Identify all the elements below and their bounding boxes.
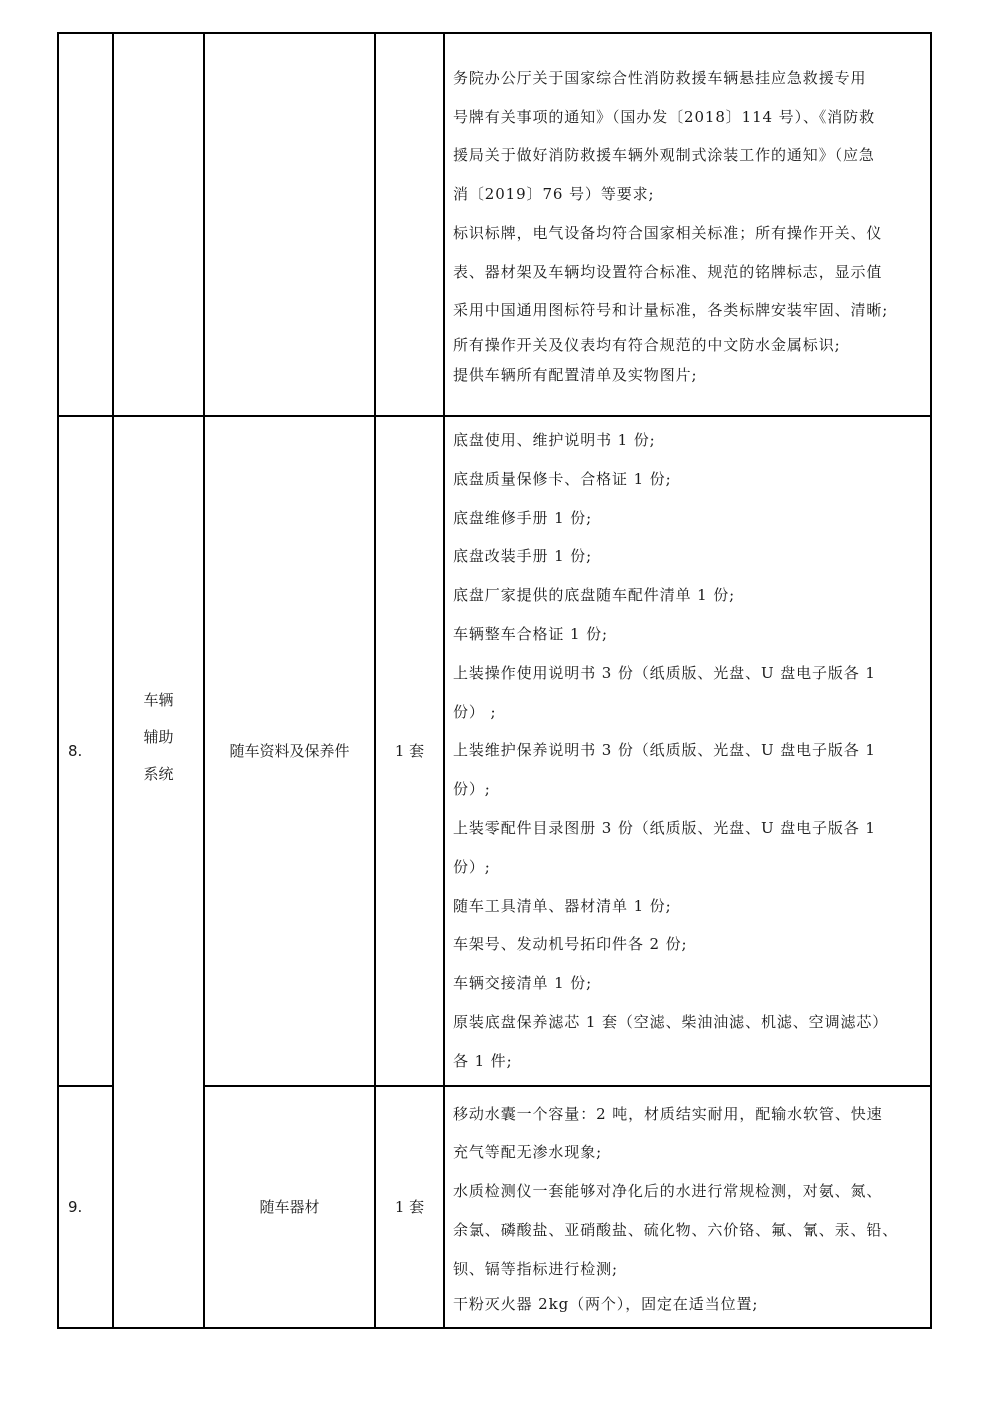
description-line: 份） ; [453,693,922,732]
description-line: 消〔2019〕76 号）等要求; [453,175,922,214]
row-number: 9. [58,1086,113,1328]
description-line: 援局关于做好消防救援车辆外观制式涂装工作的通知》（应急 [453,136,922,175]
description-cell: 移动水囊一个容量：2 吨，材质结实耐用，配输水软管、快速 充气等配无渗水现象; … [444,1086,931,1328]
description-line: 干粉灭火器 2kg（两个），固定在适当位置; [453,1289,922,1319]
group-label-line: 车辆 [114,682,203,719]
description-line: 标识标牌，电气设备均符合国家相关标准；所有操作开关、仪 [453,214,922,253]
description-line: 随车工具清单、器材清单 1 份; [453,887,922,926]
description-line: 号牌有关事项的通知》（国办发〔2018〕114 号）、《消防救 [453,98,922,137]
description-line: 所有操作开关及仪表均有符合规范的中文防水金属标识; [453,330,922,360]
description-line: 钡、镉等指标进行检测; [453,1250,922,1289]
document-page: 务院办公厅关于国家综合性消防救援车辆悬挂应急救援专用 号牌有关事项的通知》（国办… [0,0,992,1403]
row-number: 8. [58,416,113,1086]
description-line: 车辆整车合格证 1 份; [453,615,922,654]
spec-table: 务院办公厅关于国家综合性消防救援车辆悬挂应急救援专用 号牌有关事项的通知》（国办… [57,32,932,1329]
description-line: 各 1 件; [453,1042,922,1081]
item-name: 随车器材 [204,1086,375,1328]
description-line: 提供车辆所有配置清单及实物图片; [453,360,922,390]
description-line: 移动水囊一个容量：2 吨，材质结实耐用，配输水软管、快速 [453,1095,922,1134]
item-quantity: 1 套 [375,1086,444,1328]
item-quantity: 1 套 [375,416,444,1086]
description-line: 上装维护保养说明书 3 份（纸质版、光盘、U 盘电子版各 1 [453,731,922,770]
description-cell: 底盘使用、维护说明书 1 份; 底盘质量保修卡、合格证 1 份; 底盘维修手册 … [444,416,931,1086]
quantity-cell [375,33,444,416]
table-row: 8. 车辆 辅助 系统 随车资料及保养件 1 套 底盘使用、维护说明书 1 份;… [58,416,931,1086]
group-label-line: 辅助 [114,719,203,756]
description-cell: 务院办公厅关于国家综合性消防救援车辆悬挂应急救援专用 号牌有关事项的通知》（国办… [444,33,931,416]
group-label-line: 系统 [114,756,203,793]
item-cell [204,33,375,416]
item-name: 随车资料及保养件 [204,416,375,1086]
number-cell [58,33,113,416]
description-line: 份）; [453,770,922,809]
description-line: 务院办公厅关于国家综合性消防救援车辆悬挂应急救援专用 [453,59,922,98]
description-line: 上装操作使用说明书 3 份（纸质版、光盘、U 盘电子版各 1 [453,654,922,693]
description-line: 份）; [453,848,922,887]
description-line: 水质检测仪一套能够对净化后的水进行常规检测，对氨、氮、 [453,1172,922,1211]
description-line: 采用中国通用图标符号和计量标准，各类标牌安装牢固、清晰; [453,291,922,330]
description-line: 车架号、发动机号拓印件各 2 份; [453,925,922,964]
description-line: 底盘维修手册 1 份; [453,499,922,538]
description-line: 原装底盘保养滤芯 1 套（空滤、柴油油滤、机滤、空调滤芯） [453,1003,922,1042]
description-line: 底盘改装手册 1 份; [453,537,922,576]
description-line: 底盘质量保修卡、合格证 1 份; [453,460,922,499]
description-line: 车辆交接清单 1 份; [453,964,922,1003]
group-label-cell: 车辆 辅助 系统 [113,416,204,1328]
description-line: 底盘厂家提供的底盘随车配件清单 1 份; [453,576,922,615]
group-cell [113,33,204,416]
description-line: 上装零配件目录图册 3 份（纸质版、光盘、U 盘电子版各 1 [453,809,922,848]
description-line: 余氯、磷酸盐、亚硝酸盐、硫化物、六价铬、氟、氰、汞、铅、 [453,1211,922,1250]
description-line: 充气等配无渗水现象; [453,1133,922,1172]
description-line: 底盘使用、维护说明书 1 份; [453,421,922,460]
description-line: 表、器材架及车辆均设置符合标准、规范的铭牌标志，显示值 [453,253,922,292]
table-row-continued: 务院办公厅关于国家综合性消防救援车辆悬挂应急救援专用 号牌有关事项的通知》（国办… [58,33,931,416]
